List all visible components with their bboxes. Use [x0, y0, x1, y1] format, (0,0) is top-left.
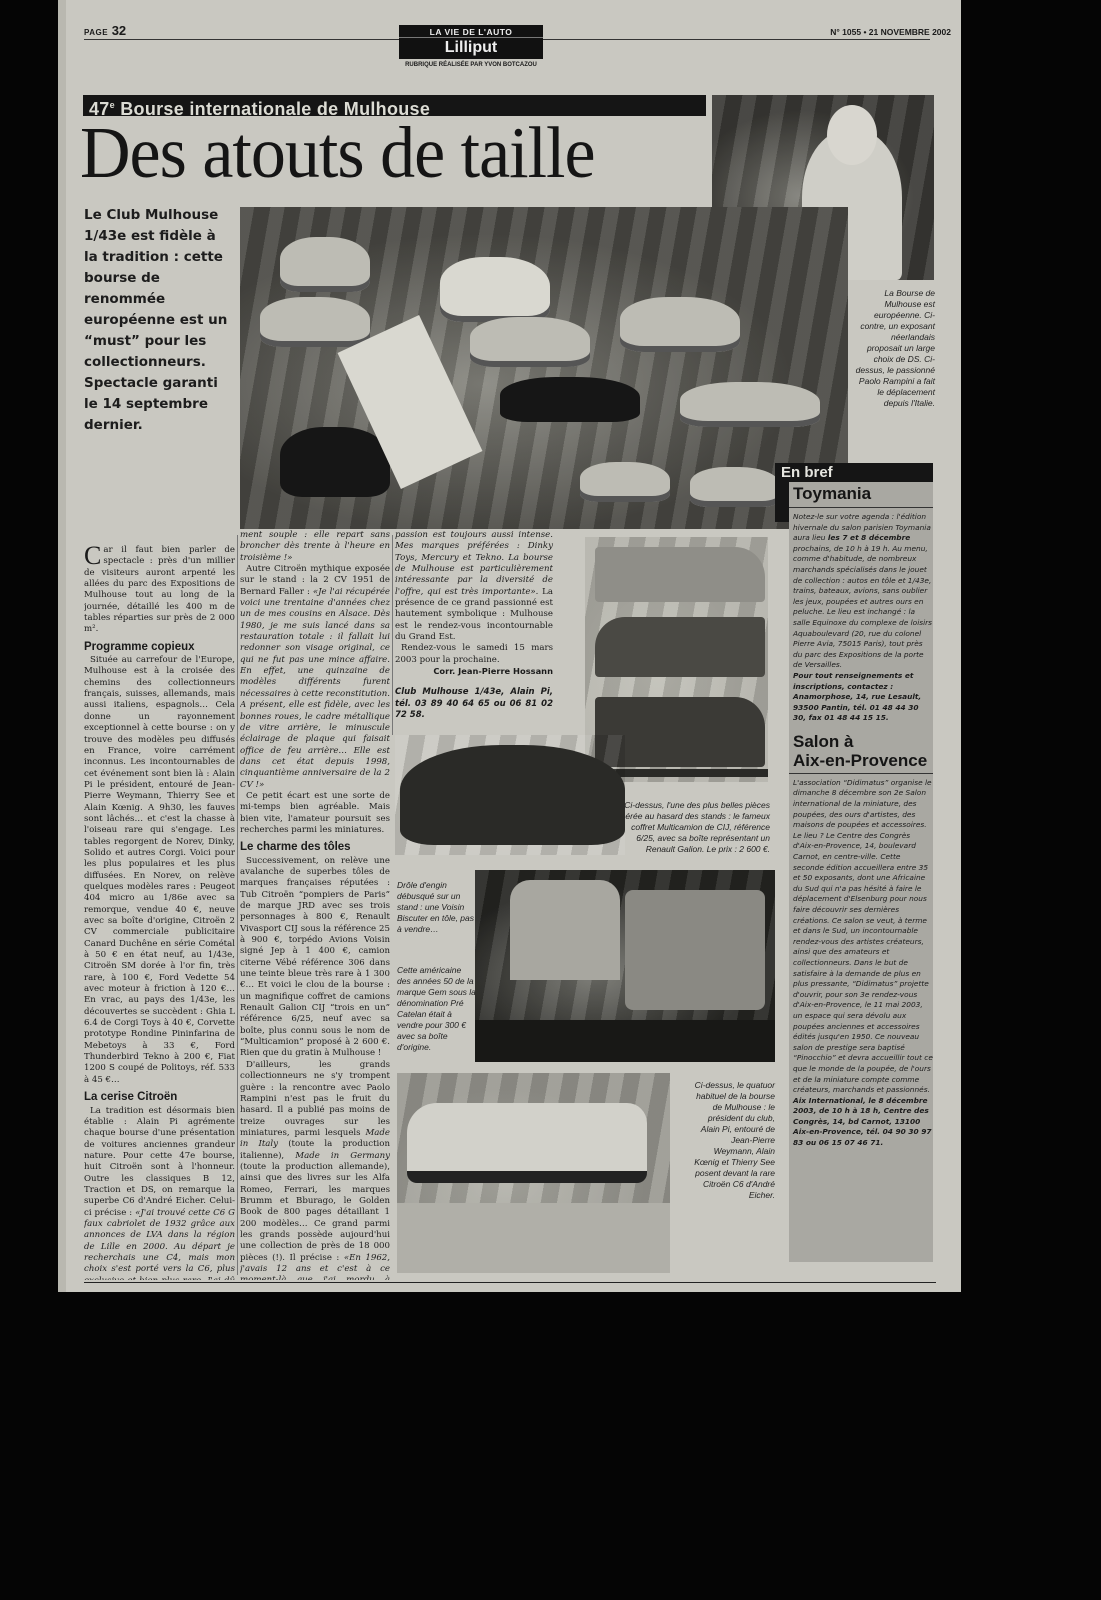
aix-contact: Aix International, le 8 décembre 2003, d… [789, 1096, 933, 1149]
caption-multicamion: Ci-dessus, l'une des plus belles pièces … [610, 800, 770, 855]
en-bref-bar-edge [775, 482, 789, 522]
col2-p3: Ce petit écart est une sorte de mi-temps… [240, 791, 390, 836]
page-number-value: 32 [112, 23, 126, 38]
col2-p5a: D'ailleurs, les grands collectionneurs n… [240, 1060, 390, 1138]
masthead-name: Lilliput [399, 37, 543, 59]
toymania-text: Notez-le sur votre agenda : l'édition hi… [789, 512, 933, 671]
model-police-car [500, 377, 640, 422]
col1-p3-quote: «J'ai trouvé cette C6 G faux cabriolet d… [84, 1208, 235, 1280]
model-ds [680, 382, 820, 427]
model-car [580, 462, 670, 502]
col2-p5c: (toute la production allemande), ainsi q… [240, 1162, 390, 1263]
model-car [280, 237, 370, 292]
photo-quatuor-citroen-c6 [475, 870, 775, 1062]
floor [475, 1020, 775, 1062]
page-number: PAGE 32 [84, 23, 126, 38]
toymania-contact: Pour tout renseignements et inscriptions… [789, 671, 933, 724]
bottom-rule [84, 1282, 936, 1283]
col1-p3-text: La tradition est désormais bien établie … [84, 1106, 235, 1218]
gem-car [407, 1103, 647, 1183]
column-rule [237, 535, 238, 1275]
caption-quatuor: Ci-dessus, le quatuor habituel de la bou… [690, 1080, 775, 1201]
article-column-1: Car il faut bien parler de spectacle : p… [84, 545, 235, 1280]
caption-voisin: Drôle d'engin débusqué sur un stand : un… [397, 880, 477, 935]
model-2cv [280, 427, 390, 497]
photo-caption-top: La Bourse de Mulhouse est européenne. Ci… [855, 288, 935, 409]
caption-gem: Cette américaine des années 50 de la mar… [397, 965, 477, 1053]
article-column-2: ment souple : elle repart sans broncher … [240, 530, 390, 1280]
dropcap: C [84, 545, 101, 567]
en-bref-bar: En bref [775, 463, 933, 482]
column-rule [392, 535, 393, 735]
masthead: LA VIE DE L'AUTO Lilliput [399, 25, 543, 59]
model-car [470, 317, 590, 367]
model-car [620, 297, 740, 352]
model-box [440, 257, 550, 322]
photo-voisin-biscuter [395, 735, 625, 855]
aix-title: Salon àAix-en-Provence [789, 730, 933, 774]
en-bref-box: Toymania Notez-le sur votre agenda : l'é… [789, 482, 933, 1262]
subhead-charme-toles: Le charme des tôles [240, 842, 390, 853]
page-label: PAGE [84, 28, 108, 37]
citroen-c6 [625, 890, 765, 1010]
subhead-programme-copieux: Programme copieux [84, 642, 235, 653]
toymania-contact-text: Pour tout renseignements et inscriptions… [793, 671, 921, 722]
col2-p5: D'ailleurs, les grands collectionneurs n… [240, 1060, 390, 1280]
issue-date: N° 1055 • 21 NOVEMBRE 2002 [830, 27, 951, 37]
col1-p3: La tradition est désormais bien établie … [84, 1106, 235, 1281]
col2-p4: Successivement, on relève une avalanche … [240, 856, 390, 1060]
toymania-dates: les 7 et 8 décembre [828, 533, 910, 542]
aix-title-line1: Salon à [793, 732, 933, 751]
voisin-body [400, 745, 625, 845]
col2-p2-quote: «Je l'ai récupérée voici une trentaine d… [240, 587, 390, 790]
col2-p2: Autre Citroën mythique exposée sur le st… [240, 564, 390, 791]
book-title-germany: Made in Germany [295, 1151, 390, 1161]
col1-p1: ar il faut bien parler de spectacle : pr… [84, 545, 235, 634]
signature: Corr. Jean-Pierre Hossann [395, 666, 553, 677]
truck-2 [595, 617, 765, 677]
photo-head [827, 105, 877, 165]
club-contact: Club Mulhouse 1/43e, Alain Pi, tél. 03 8… [395, 687, 553, 722]
aix-text: L'association “Didimatus” organise le di… [789, 778, 933, 1096]
article-column-3: passion est toujours aussi intense. Mes … [395, 530, 553, 722]
aix-title-line2: Aix-en-Provence [793, 751, 933, 770]
gem-box [397, 1203, 670, 1273]
masthead-credit: RUBRIQUE RÉALISÉE PAR YVON BOTCAZOU [395, 62, 547, 68]
col2-p1-quote: ment souple : elle repart sans broncher … [240, 530, 390, 563]
truck-1 [595, 547, 765, 602]
people-group [510, 880, 620, 980]
col3-p2: Rendez-vous le samedi 15 mars 2003 pour … [395, 643, 553, 666]
model-car [260, 297, 370, 347]
headline: Des atouts de taille [80, 116, 595, 192]
toymania-text-b: prochains, de 10 h à 19 h. Au menu, comm… [793, 544, 932, 670]
subhead-cerise-citroen: La cerise Citroën [84, 1092, 235, 1103]
aix-contact-text: Aix International, le 8 décembre 2003, d… [793, 1096, 932, 1147]
lede: Le Club Mulhouse 1/43e est fidèle à la t… [84, 205, 234, 436]
photo-gem-pre-catelan [397, 1073, 670, 1273]
model-car [690, 467, 780, 507]
toymania-title: Toymania [789, 482, 933, 508]
photo-model-cars-table [240, 207, 848, 529]
col3-p1-quote: passion est toujours aussi intense. Mes … [395, 530, 553, 597]
col1-p2: Située au carrefour de l'Europe, Mulhous… [84, 655, 235, 1086]
masthead-top: LA VIE DE L'AUTO [399, 25, 543, 37]
